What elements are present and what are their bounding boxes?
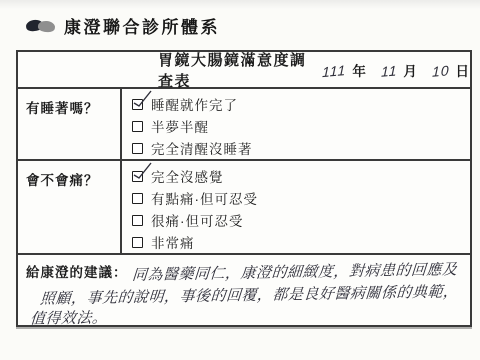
option-label: 完全沒感覺 — [151, 166, 224, 186]
option-label: 非常痛 — [151, 232, 195, 252]
day-value-handwritten: 10 — [432, 62, 450, 80]
checkmark-icon — [131, 162, 153, 184]
suggestion-line: 照顧，事先的說明，事後的回覆，都是良好醫病關係的典範， — [26, 284, 462, 307]
option-label: 很痛·但可忍受 — [151, 210, 244, 230]
options-pain: 完全沒感覺 有點痛·但可忍受 很痛·但可忍受 非常痛 — [122, 161, 470, 253]
title-row: 胃鏡大腸鏡滿意度調查表 111 年 11 月 10 日 — [18, 52, 470, 89]
form-title: 胃鏡大腸鏡滿意度調查表 — [158, 49, 308, 91]
checkbox-icon — [132, 237, 143, 248]
option-label: 完全清醒沒睡著 — [151, 138, 253, 158]
question-label-pain: 會不會痛？ — [18, 161, 122, 253]
suggestion-handwriting: 值得效法。 — [29, 306, 108, 325]
option-row: 很痛·但可忍受 — [132, 209, 470, 231]
suggestion-line: 值得效法。 — [26, 307, 462, 325]
suggestion-section: 給康澄的建議： 同為醫藥同仁，康澄的細緻度，對病患的回應及 照顧，事先的說明，事… — [18, 255, 470, 325]
clinic-logo-icon — [26, 18, 56, 34]
options-sleep: 睡醒就作完了 半夢半醒 完全清醒沒睡著 — [122, 89, 470, 159]
year-label: 年 — [352, 60, 367, 80]
year-value-handwritten: 111 — [322, 61, 346, 79]
option-row: 完全清醒沒睡著 — [132, 137, 470, 159]
date-year: 111 年 — [316, 60, 367, 80]
checkbox-icon — [132, 215, 143, 226]
option-label: 有點痛·但可忍受 — [151, 188, 258, 208]
month-value-handwritten: 11 — [381, 62, 398, 80]
checkmark-icon — [131, 90, 153, 112]
question-label-sleep: 有睡著嗎？ — [18, 89, 122, 159]
question-row-pain: 會不會痛？ 完全沒感覺 有點痛·但可忍受 很痛·但可忍受 — [18, 161, 470, 255]
option-row: 完全沒感覺 — [132, 165, 470, 187]
option-row: 有點痛·但可忍受 — [132, 187, 470, 209]
logo-leaf-gray-icon — [37, 20, 55, 33]
date-month: 11 月 — [375, 60, 418, 80]
option-label: 半夢半醒 — [151, 116, 209, 136]
option-row: 非常痛 — [132, 231, 470, 253]
option-row: 半夢半醒 — [132, 115, 470, 137]
question-row-sleep: 有睡著嗎？ 睡醒就作完了 半夢半醒 完全清醒沒睡著 — [18, 89, 470, 161]
checkbox-icon — [132, 193, 143, 204]
checkbox-checked-icon — [132, 171, 143, 182]
checkbox-icon — [132, 143, 143, 154]
month-label: 月 — [403, 60, 418, 80]
option-label: 睡醒就作完了 — [151, 94, 238, 114]
option-row: 睡醒就作完了 — [132, 93, 470, 115]
clinic-brand: 康澄聯合診所體系 — [26, 13, 220, 38]
suggestion-label: 給康澄的建議： — [26, 265, 128, 280]
date-day: 10 日 — [426, 60, 470, 80]
day-label: 日 — [456, 60, 471, 80]
scanned-survey-form: 康澄聯合診所體系 胃鏡大腸鏡滿意度調查表 111 年 11 月 10 日 有睡著… — [0, 0, 480, 360]
checkbox-checked-icon — [132, 99, 143, 110]
survey-table: 胃鏡大腸鏡滿意度調查表 111 年 11 月 10 日 有睡著嗎？ — [16, 50, 472, 327]
checkbox-icon — [132, 121, 143, 132]
clinic-name: 康澄聯合診所體系 — [64, 13, 220, 38]
